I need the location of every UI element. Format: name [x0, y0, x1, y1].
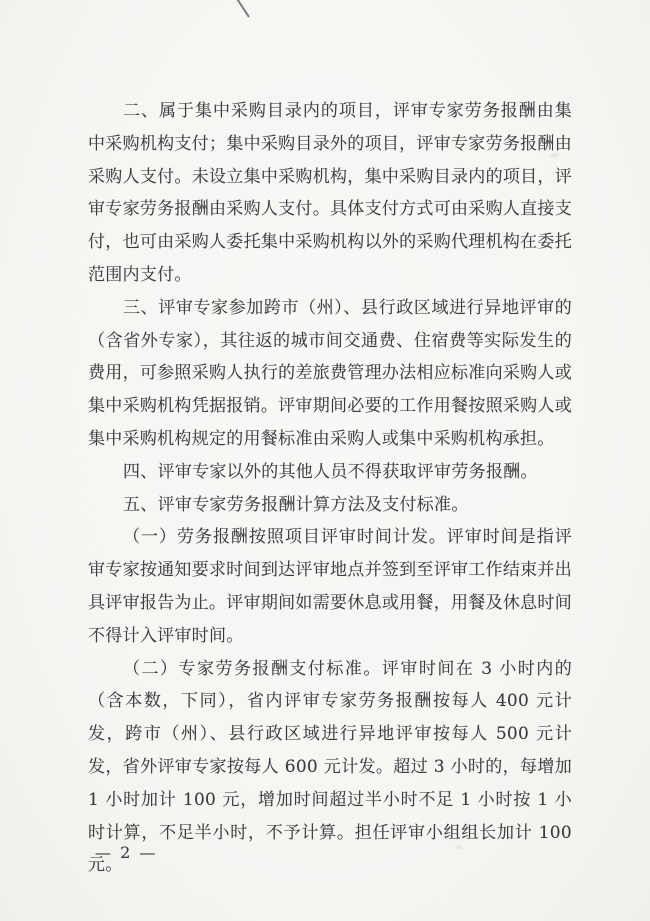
paragraph-item-3: 三、评审专家参加跨市（州）、县行政区域进行异地评审的（含省外专家），其往返的城市…: [88, 292, 572, 456]
scan-artifact-line: [236, 0, 249, 18]
paragraph-item-5: 五、评审专家劳务报酬计算方法及支付标准。: [88, 489, 572, 522]
page-number: — 2 —: [95, 843, 157, 862]
paragraph-item-5-2: （二）专家劳务报酬支付标准。评审时间在 3 小时内的（含本数，下同），省内评审专…: [88, 653, 572, 883]
paragraph-item-4: 四、评审专家以外的其他人员不得获取评审劳务报酬。: [88, 456, 572, 489]
paragraph-item-5-1: （一）劳务报酬按照项目评审时间计发。评审时间是指评审专家按通知要求时间到达评审地…: [88, 521, 572, 652]
paragraph-item-2: 二、属于集中采购目录内的项目，评审专家劳务报酬由集中采购机构支付；集中采购目录外…: [88, 95, 572, 292]
scanned-document-page: 二、属于集中采购目录内的项目，评审专家劳务报酬由集中采购机构支付；集中采购目录外…: [0, 0, 650, 921]
document-body: 二、属于集中采购目录内的项目，评审专家劳务报酬由集中采购机构支付；集中采购目录外…: [88, 95, 572, 882]
